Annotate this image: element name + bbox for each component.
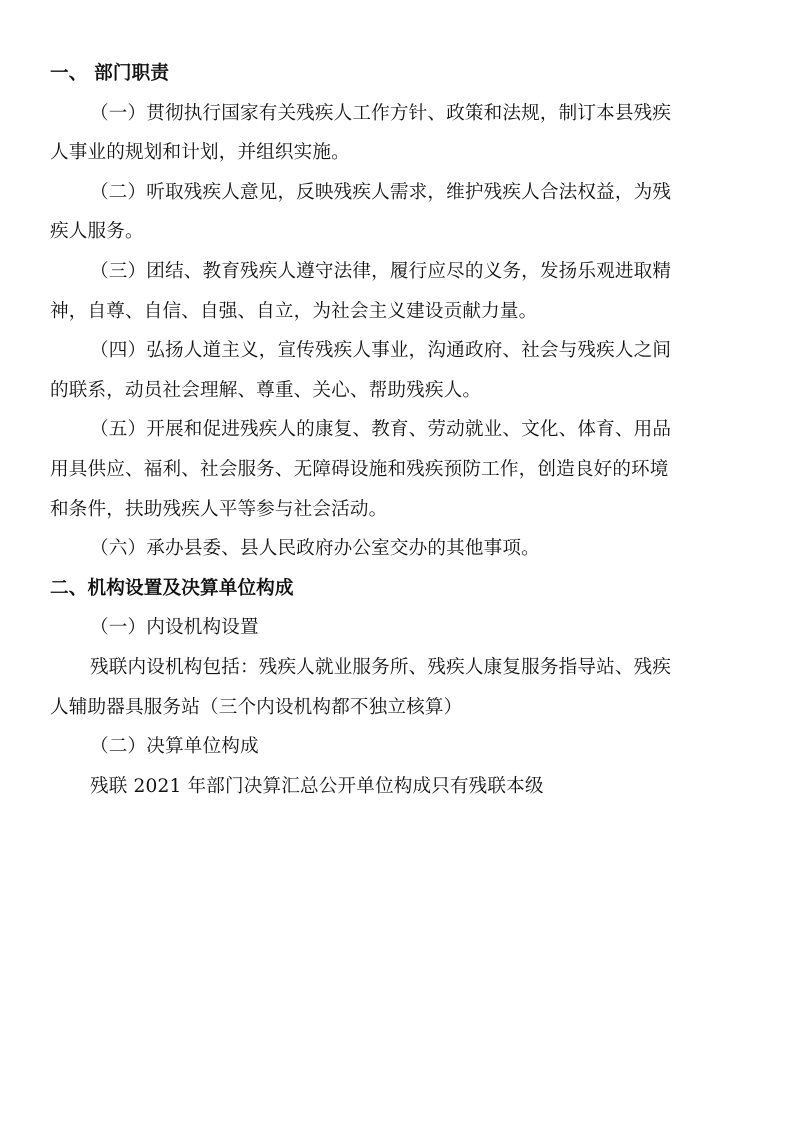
duty-item-3: （三）团结、教育残疾人遵守法律，履行应尽的义务，发扬乐观进取精 神，自尊、自信、…	[50, 252, 745, 331]
paragraph-line: 神，自尊、自信、自强、自立，为社会主义建设贡献力量。	[50, 292, 745, 332]
duty-item-6: （六）承办县委、县人民政府办公室交办的其他事项。	[50, 529, 745, 569]
paragraph-line: 用具供应、福利、社会服务、无障碍设施和残疾预防工作，创造良好的环境	[50, 450, 745, 490]
document-page: 一、 部门职责 （一）贯彻执行国家有关残疾人工作方针、政策和法规，制订本县残疾 …	[50, 54, 745, 806]
section-heading-duties: 一、 部门职责	[50, 54, 745, 94]
duty-item-4: （四）弘扬人道主义，宣传残疾人事业，沟通政府、社会与残疾人之间 的联系，动员社会…	[50, 331, 745, 410]
internal-units-paragraph: 残联内设机构包括：残疾人就业服务所、残疾人康复服务指导站、残疾 人辅助器具服务站…	[50, 648, 745, 727]
paragraph-line: （二）听取残疾人意见，反映残疾人需求，维护残疾人合法权益，为残	[50, 173, 745, 213]
paragraph-line: 残联内设机构包括：残疾人就业服务所、残疾人康复服务指导站、残疾	[50, 648, 745, 688]
paragraph-line: （一）贯彻执行国家有关残疾人工作方针、政策和法规，制订本县残疾	[50, 94, 745, 134]
paragraph-line: （四）弘扬人道主义，宣传残疾人事业，沟通政府、社会与残疾人之间	[50, 331, 745, 371]
paragraph-line: 的联系，动员社会理解、尊重、关心、帮助残疾人。	[50, 371, 745, 411]
subsection-title-budget-units: （二）决算单位构成	[50, 727, 745, 767]
duty-item-5: （五）开展和促进残疾人的康复、教育、劳动就业、文化、体育、用品 用具供应、福利、…	[50, 410, 745, 529]
subsection-title-internal-units: （一）内设机构设置	[50, 608, 745, 648]
section-heading-organization: 二、机构设置及决算单位构成	[50, 569, 745, 609]
duty-item-2: （二）听取残疾人意见，反映残疾人需求，维护残疾人合法权益，为残 疾人服务。	[50, 173, 745, 252]
paragraph-line: 残联 2021 年部门决算汇总公开单位构成只有残联本级	[50, 767, 745, 807]
duty-item-1: （一）贯彻执行国家有关残疾人工作方针、政策和法规，制订本县残疾 人事业的规划和计…	[50, 94, 745, 173]
paragraph-line: 人辅助器具服务站（三个内设机构都不独立核算）	[50, 688, 745, 728]
paragraph-line: （六）承办县委、县人民政府办公室交办的其他事项。	[50, 529, 745, 569]
paragraph-line: （三）团结、教育残疾人遵守法律，履行应尽的义务，发扬乐观进取精	[50, 252, 745, 292]
paragraph-line: 人事业的规划和计划，并组织实施。	[50, 133, 745, 173]
paragraph-line: 和条件，扶助残疾人平等参与社会活动。	[50, 490, 745, 530]
paragraph-line: 疾人服务。	[50, 212, 745, 252]
budget-units-paragraph: 残联 2021 年部门决算汇总公开单位构成只有残联本级	[50, 767, 745, 807]
paragraph-line: （五）开展和促进残疾人的康复、教育、劳动就业、文化、体育、用品	[50, 410, 745, 450]
